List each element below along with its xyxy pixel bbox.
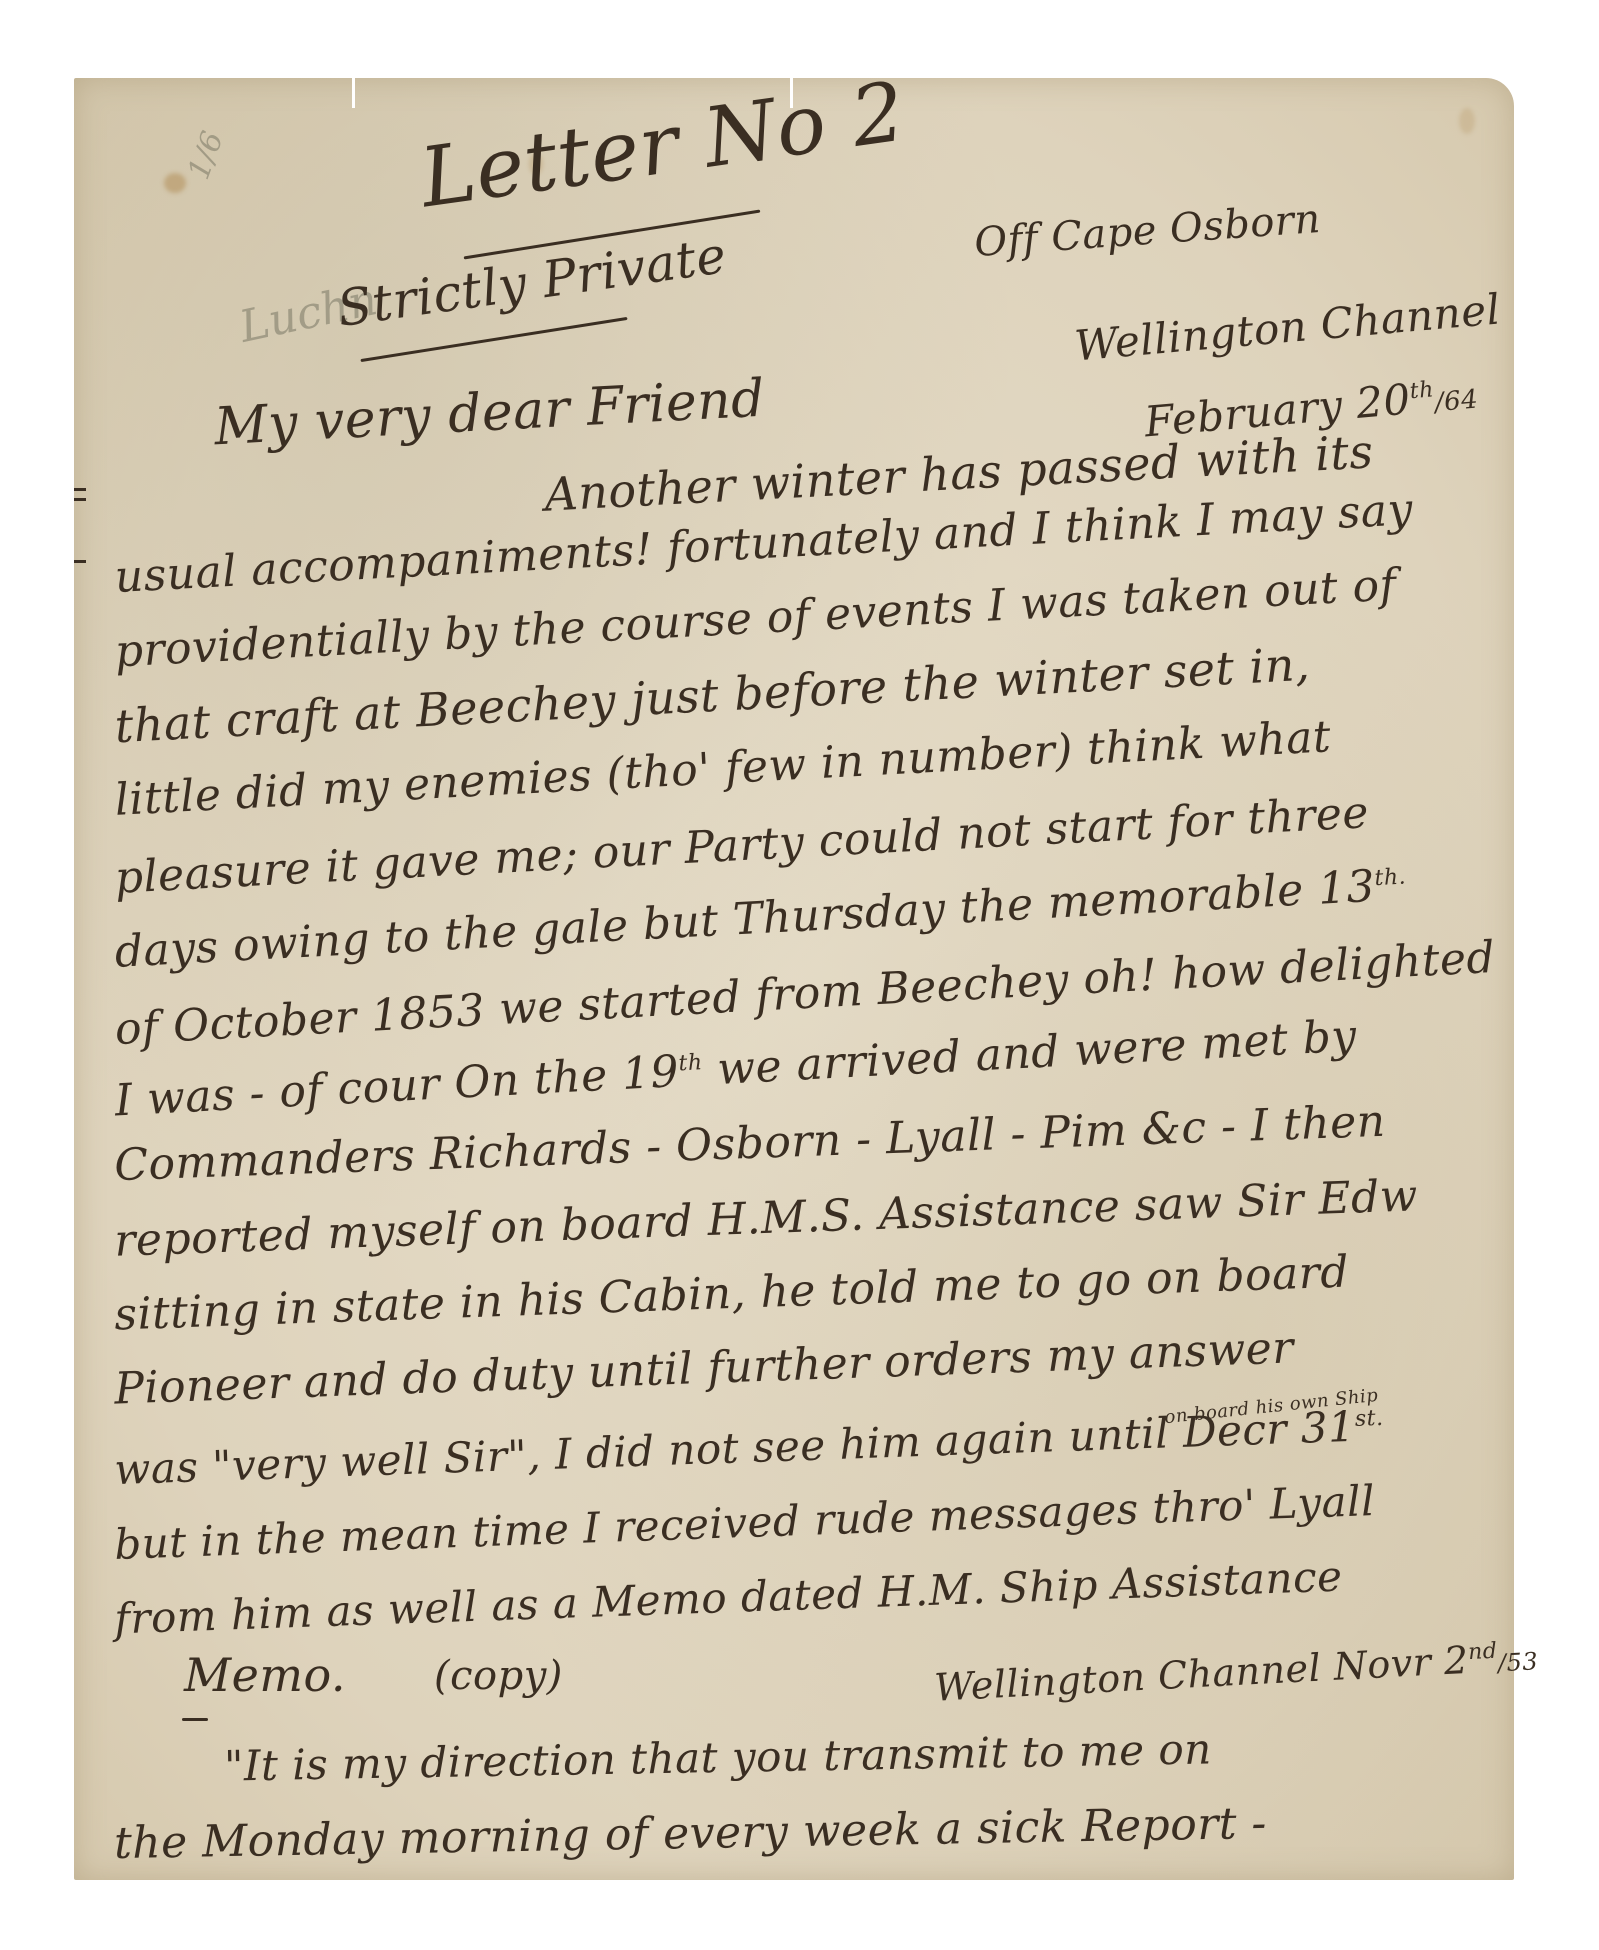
paper-tear <box>352 78 355 108</box>
margin-mark <box>74 498 86 501</box>
memo-label: Memo. <box>184 1648 346 1702</box>
body-line-text: was "very well Sir", I did not see him a… <box>114 1402 1356 1494</box>
margin-mark <box>74 488 86 491</box>
location-line-2: Wellington Channel <box>1073 284 1503 370</box>
memo-dash <box>182 1718 208 1721</box>
body-line-text: we arrived and were met by <box>716 1010 1358 1094</box>
strictly-private-marking: Strictly Private <box>334 226 730 338</box>
salutation: My very dear Friend <box>213 369 767 458</box>
body-line: but in the mean time I received rude mes… <box>114 1476 1376 1569</box>
body-line: from him as well as a Memo dated H.M. Sh… <box>114 1552 1344 1644</box>
date-year: /64 <box>1434 384 1480 418</box>
memo-line: the Monday morning of every week a sick … <box>114 1798 1268 1869</box>
letter-page: Letter No 2 1/6 Luchn Strictly Private O… <box>74 78 1514 1880</box>
memo-date-text: Wellington Channel Novr 2 <box>933 1638 1469 1710</box>
date-suffix: th <box>1409 377 1435 404</box>
ink-stain <box>164 173 186 193</box>
margin-mark <box>74 560 86 563</box>
location-line-1: Off Cape Osborn <box>973 196 1322 266</box>
body-line: Pioneer and do duty until further orders… <box>113 1322 1294 1414</box>
memo-copy-note: (copy) <box>434 1653 563 1699</box>
letter-title: Letter No 2 <box>415 65 911 227</box>
ink-stain <box>1459 108 1475 134</box>
memo-date-year: /53 <box>1497 1647 1539 1677</box>
body-line: was "very well Sir", I did not see him a… <box>114 1401 1385 1494</box>
body-line-text: I was - of cour On the 19 <box>114 1046 681 1126</box>
memo-place-date: Wellington Channel Novr 2nd/53 <box>933 1634 1539 1710</box>
memo-line: "It is my direction that you transmit to… <box>224 1724 1212 1790</box>
pencil-ref: 1/6 <box>181 127 230 184</box>
ordinal-suffix: th. <box>1374 865 1407 892</box>
ordinal-suffix: th <box>678 1050 703 1076</box>
memo-date-suffix: nd <box>1467 1639 1498 1665</box>
ordinal-suffix: st. <box>1354 1406 1383 1432</box>
